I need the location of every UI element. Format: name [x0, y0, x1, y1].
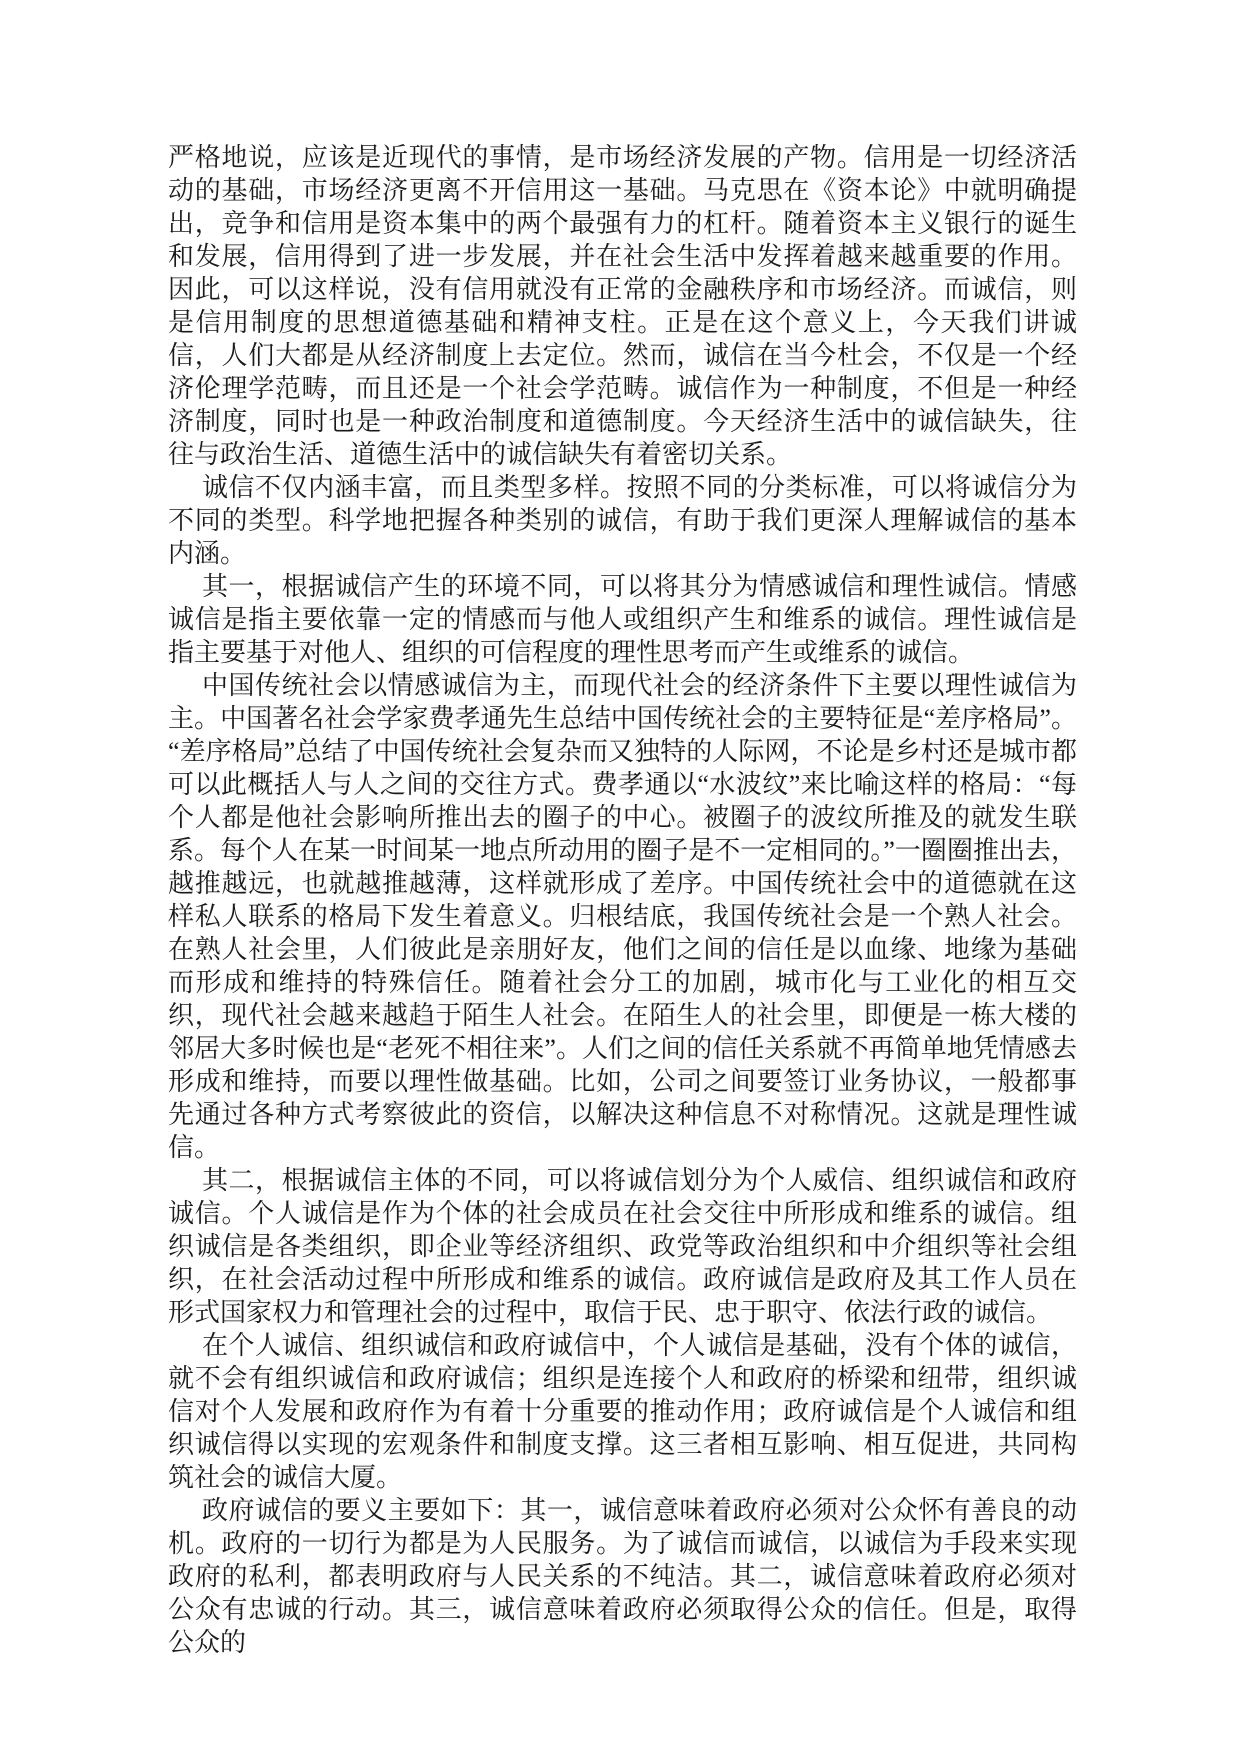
paragraph-traditional-society-chaxu-geju: 中国传统社会以情感诚信为主，而现代社会的经济条件下主要以理性诚信为主。中国著名社… — [168, 669, 1077, 1164]
paragraph-government-integrity-essentials: 政府诚信的要义主要如下：其一，诚信意味着政府必须对公众怀有善良的动机。政府的一切… — [168, 1494, 1077, 1659]
page-body-text: 严格地说，应该是近现代的事情，是市场经济发展的产物。信用是一切经济活动的基础，市… — [168, 141, 1077, 1659]
paragraph-credit-history: 严格地说，应该是近现代的事情，是市场经济发展的产物。信用是一切经济活动的基础，市… — [168, 141, 1077, 471]
paragraph-three-relations: 在个人诚信、组织诚信和政府诚信中，个人诚信是基础，没有个体的诚信，就不会有组织诚… — [168, 1329, 1077, 1494]
paragraph-type-two-subjects: 其二，根据诚信主体的不同，可以将诚信划分为个人威信、组织诚信和政府诚信。个人诚信… — [168, 1164, 1077, 1329]
paragraph-types-intro: 诚信不仅内涵丰富，而且类型多样。按照不同的分类标准，可以将诚信分为不同的类型。科… — [168, 471, 1077, 570]
paragraph-type-one-emotional-rational: 其一，根据诚信产生的环境不同，可以将其分为情感诚信和理性诚信。情感诚信是指主要依… — [168, 570, 1077, 669]
document-page: 严格地说，应该是近现代的事情，是市场经济发展的产物。信用是一切经济活动的基础，市… — [0, 0, 1241, 1754]
